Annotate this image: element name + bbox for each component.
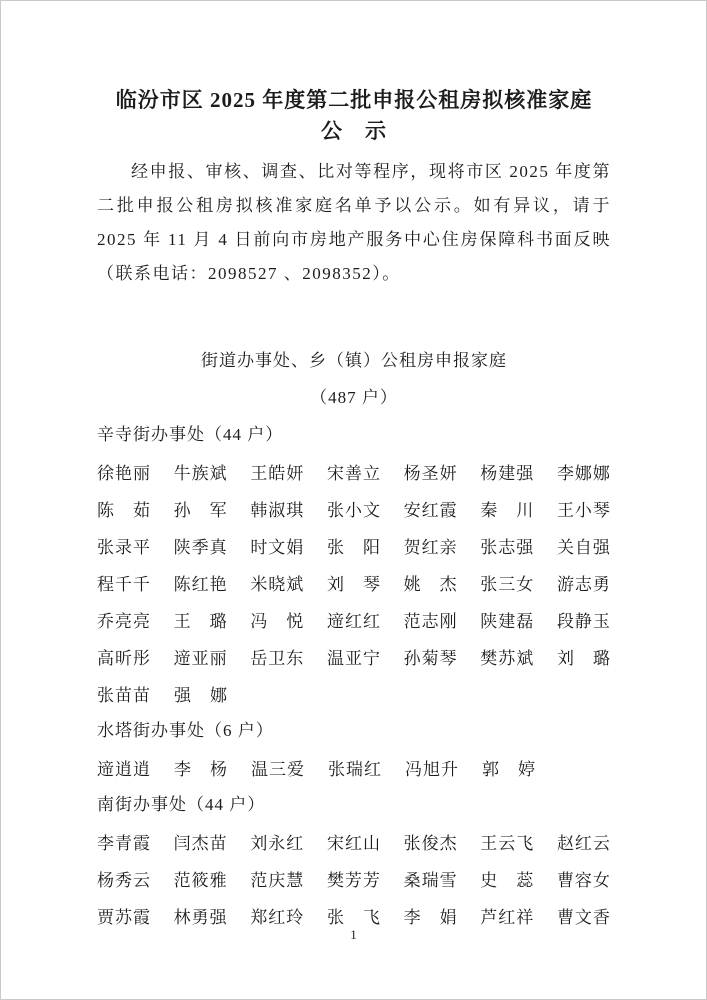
name-row: 杨秀云范筱雅范庆慧樊芳芳桑瑞雪史 蕊曹容女 xyxy=(97,860,611,897)
person-name: 陈 茹 xyxy=(97,496,151,521)
person-name: 王云飞 xyxy=(480,829,534,854)
name-row: 高昕彤遆亚丽岳卫东温亚宁孙菊琴樊苏斌刘 璐 xyxy=(97,638,611,675)
person-name: 宋善立 xyxy=(327,459,381,484)
person-name: 陈红艳 xyxy=(174,570,228,595)
person-name: 曹文香 xyxy=(557,903,611,928)
person-name: 岳卫东 xyxy=(250,644,304,669)
person-name: 刘 璐 xyxy=(557,644,611,669)
group-heading: 水塔街办事处（6 户） xyxy=(97,712,611,749)
person-name: 郭 婷 xyxy=(482,755,536,780)
page-title-line2: 公 示 xyxy=(97,116,611,147)
section-title: 街道办事处、乡（镇）公租房申报家庭 xyxy=(97,342,611,379)
person-name: 张瑞红 xyxy=(328,755,382,780)
person-name: 遆红红 xyxy=(327,607,381,632)
person-name: 张 飞 xyxy=(327,903,381,928)
person-name: 遆亚丽 xyxy=(174,644,228,669)
person-name: 张志强 xyxy=(480,533,534,558)
person-name: 孙 军 xyxy=(174,496,228,521)
notice-paragraph: 经申报、审核、调查、比对等程序，现将市区 2025 年度第二批申报公租房拟核准家… xyxy=(97,155,611,291)
name-row: 徐艳丽牛族斌王皓妍宋善立杨圣妍杨建强李娜娜 xyxy=(97,453,611,490)
person-name: 温亚宁 xyxy=(327,644,381,669)
person-name: 王小琴 xyxy=(557,496,611,521)
person-name: 冯 悦 xyxy=(250,607,304,632)
person-name: 时文娟 xyxy=(250,533,304,558)
name-row: 陈 茹孙 军韩淑琪张小文安红霞秦 川王小琴 xyxy=(97,490,611,527)
person-name: 韩淑琪 xyxy=(250,496,304,521)
person-name: 赵红云 xyxy=(557,829,611,854)
notice-document-page: 临汾市区 2025 年度第二批申报公租房拟核准家庭 公 示 经申报、审核、调查、… xyxy=(0,0,707,1000)
person-name: 段静玉 xyxy=(557,607,611,632)
person-name: 米晓斌 xyxy=(250,570,304,595)
person-name: 杨建强 xyxy=(480,459,534,484)
person-name: 贺红亲 xyxy=(404,533,458,558)
name-row: 遆逍逍李 杨温三爱张瑞红冯旭升郭 婷 xyxy=(97,749,611,786)
household-listing: 街道办事处、乡（镇）公租房申报家庭 （487 户） 辛寺街办事处（44 户）徐艳… xyxy=(97,342,611,934)
person-name: 史 蕊 xyxy=(480,866,534,891)
person-name: 张俊杰 xyxy=(404,829,458,854)
person-name: 徐艳丽 xyxy=(97,459,151,484)
person-name: 秦 川 xyxy=(480,496,534,521)
name-row: 乔亮亮王 璐冯 悦遆红红范志刚陕建磊段静玉 xyxy=(97,601,611,638)
name-row: 李青霞闫杰苗刘永红宋红山张俊杰王云飞赵红云 xyxy=(97,823,611,860)
name-row: 程千千陈红艳米晓斌刘 琴姚 杰张三女游志勇 xyxy=(97,564,611,601)
person-name: 刘 琴 xyxy=(327,570,381,595)
name-row: 张苗苗强 娜 xyxy=(97,675,611,712)
person-name: 李青霞 xyxy=(97,829,151,854)
person-name: 闫杰苗 xyxy=(174,829,228,854)
groups-container: 辛寺街办事处（44 户）徐艳丽牛族斌王皓妍宋善立杨圣妍杨建强李娜娜陈 茹孙 军韩… xyxy=(97,416,611,934)
group-heading: 南街办事处（44 户） xyxy=(97,786,611,823)
person-name: 安红霞 xyxy=(404,496,458,521)
person-name: 强 娜 xyxy=(174,681,228,706)
person-name: 遆逍逍 xyxy=(97,755,151,780)
person-name: 桑瑞雪 xyxy=(404,866,458,891)
person-name: 刘永红 xyxy=(250,829,304,854)
person-name: 姚 杰 xyxy=(404,570,458,595)
person-name: 杨秀云 xyxy=(97,866,151,891)
person-name: 乔亮亮 xyxy=(97,607,151,632)
name-row: 张录平陕季真时文娟张 阳贺红亲张志强关自强 xyxy=(97,527,611,564)
page-title-line1: 临汾市区 2025 年度第二批申报公租房拟核准家庭 xyxy=(97,85,611,116)
person-name: 贾苏霞 xyxy=(97,903,151,928)
person-name: 温三爱 xyxy=(251,755,305,780)
person-name: 王 璐 xyxy=(174,607,228,632)
person-name: 张苗苗 xyxy=(97,681,151,706)
person-name: 樊苏斌 xyxy=(480,644,534,669)
person-name: 张录平 xyxy=(97,533,151,558)
person-name: 李 娟 xyxy=(404,903,458,928)
person-name: 宋红山 xyxy=(327,829,381,854)
page-number: 1 xyxy=(1,927,706,943)
person-name: 杨圣妍 xyxy=(404,459,458,484)
section-household-count: （487 户） xyxy=(97,379,611,416)
person-name: 张三女 xyxy=(480,570,534,595)
person-name: 范筱雅 xyxy=(174,866,228,891)
person-name: 牛族斌 xyxy=(174,459,228,484)
person-name: 李娜娜 xyxy=(557,459,611,484)
person-name: 曹容女 xyxy=(557,866,611,891)
person-name: 程千千 xyxy=(97,570,151,595)
person-name: 关自强 xyxy=(557,533,611,558)
person-name: 郑红玲 xyxy=(250,903,304,928)
person-name: 林勇强 xyxy=(174,903,228,928)
person-name: 游志勇 xyxy=(557,570,611,595)
person-name: 陕季真 xyxy=(174,533,228,558)
person-name: 张 阳 xyxy=(327,533,381,558)
person-name: 范庆慧 xyxy=(250,866,304,891)
person-name: 冯旭升 xyxy=(405,755,459,780)
person-name: 高昕彤 xyxy=(97,644,151,669)
person-name: 陕建磊 xyxy=(480,607,534,632)
person-name: 张小文 xyxy=(327,496,381,521)
person-name: 王皓妍 xyxy=(250,459,304,484)
person-name: 李 杨 xyxy=(174,755,228,780)
group-heading: 辛寺街办事处（44 户） xyxy=(97,416,611,453)
page-title: 临汾市区 2025 年度第二批申报公租房拟核准家庭 公 示 xyxy=(97,85,611,147)
person-name: 樊芳芳 xyxy=(327,866,381,891)
person-name: 范志刚 xyxy=(404,607,458,632)
person-name: 孙菊琴 xyxy=(404,644,458,669)
person-name: 芦红祥 xyxy=(480,903,534,928)
